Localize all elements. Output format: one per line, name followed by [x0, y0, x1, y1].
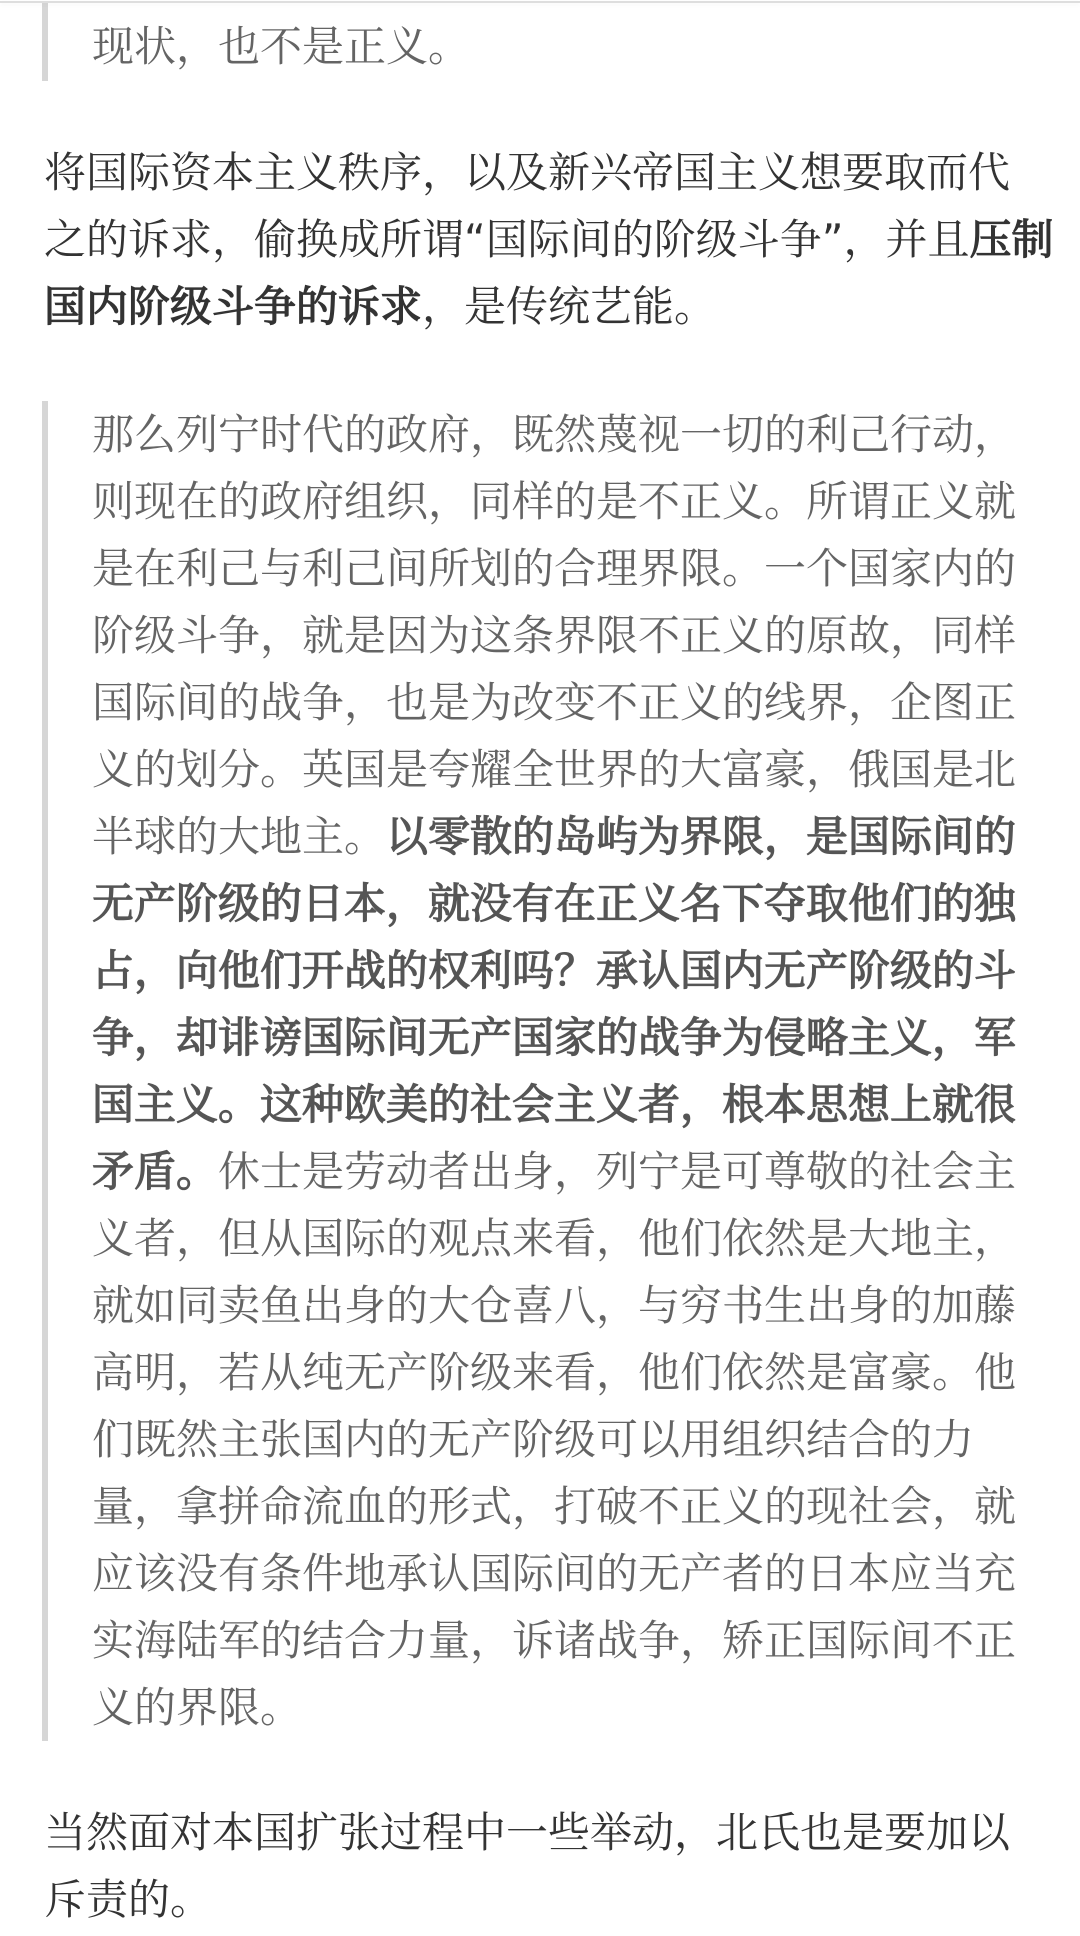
bold-text-run: 国主义。这种欧美的社会主义者，根本思想上就很: [92, 1080, 1016, 1129]
text-line: 无产阶级的日本，就没有在正义名下夺取他们的独: [92, 870, 1080, 937]
text-line: 义的划分。英国是夸耀全世界的大富豪，俄国是北: [92, 736, 1080, 803]
quote-block: 那么列宁时代的政府，既然蔑视一切的利己行动， 则现在的政府组织，同样的是不正义。…: [42, 401, 1080, 1741]
bold-text-run: 国内阶级斗争的诉求: [44, 282, 422, 331]
paragraph: 当然面对本国扩张过程中一些举动，北氏也是要加以 斥责的。: [0, 1799, 1080, 1933]
text-line: 们既然主张国内的无产阶级可以用组织结合的力: [92, 1406, 1080, 1473]
text-run: 当然面对本国扩张过程中一些举动，北氏也是要加以: [44, 1808, 1010, 1857]
text-line: 斥责的。: [44, 1866, 1080, 1933]
bold-text-run: 以零散的岛屿为界限，是国际间的: [386, 812, 1016, 861]
text-line: 阶级斗争，就是因为这条界限不正义的原故，同样: [92, 602, 1080, 669]
text-run: ，是传统艺能。: [422, 282, 716, 331]
text-run: 们既然主张国内的无产阶级可以用组织结合的力: [92, 1415, 974, 1464]
text-line: 现状，也不是正义。: [92, 13, 1080, 80]
text-run: 量，拿拼命流血的形式，打破不正义的现社会，就: [92, 1482, 1016, 1531]
text-line: 半球的大地主。以零散的岛屿为界限，是国际间的: [92, 803, 1080, 870]
paragraph: 将国际资本主义秩序，以及新兴帝国主义想要取而代 之的诉求，偷换成所谓“国际间的阶…: [0, 139, 1080, 340]
text-run: 国际间的战争，也是为改变不正义的线界，企图正: [92, 678, 1016, 727]
text-line: 之的诉求，偷换成所谓“国际间的阶级斗争”，并且压制: [44, 206, 1080, 273]
text-run: 义的划分。英国是夸耀全世界的大富豪，俄国是北: [92, 745, 1016, 794]
bold-text-run: 争，却诽谤国际间无产国家的战争为侵略主义，军: [92, 1013, 1016, 1062]
text-line: 国际间的战争，也是为改变不正义的线界，企图正: [92, 669, 1080, 736]
text-line: 则现在的政府组织，同样的是不正义。所谓正义就: [92, 468, 1080, 535]
bold-text-run: 矛盾。: [92, 1147, 218, 1196]
text-line: 高明，若从纯无产阶级来看，他们依然是富豪。他: [92, 1339, 1080, 1406]
bold-text-run: 占，向他们开战的权利吗？承认国内无产阶级的斗: [92, 946, 1016, 995]
text-run: 义者，但从国际的观点来看，他们依然是大地主，: [92, 1214, 1016, 1263]
text-line: 义者，但从国际的观点来看，他们依然是大地主，: [92, 1205, 1080, 1272]
text-run: 之的诉求，偷换成所谓“国际间的阶级斗争”，并且: [44, 215, 970, 264]
bold-text-run: 无产阶级的日本，就没有在正义名下夺取他们的独: [92, 879, 1016, 928]
text-line: 占，向他们开战的权利吗？承认国内无产阶级的斗: [92, 937, 1080, 1004]
text-run: 阶级斗争，就是因为这条界限不正义的原故，同样: [92, 611, 1016, 660]
text-run: 现状，也不是正义。: [92, 22, 470, 71]
text-line: 将国际资本主义秩序，以及新兴帝国主义想要取而代: [44, 139, 1080, 206]
text-run: 就如同卖鱼出身的大仓喜八，与穷书生出身的加藤: [92, 1281, 1016, 1330]
text-line: 矛盾。休士是劳动者出身，列宁是可尊敬的社会主: [92, 1138, 1080, 1205]
text-line: 实海陆军的结合力量，诉诸战争，矫正国际间不正: [92, 1607, 1080, 1674]
text-run: 义的界限。: [92, 1683, 302, 1732]
bold-text-run: 压制: [970, 215, 1054, 264]
text-line: 是在利己与利己间所划的合理界限。一个国家内的: [92, 535, 1080, 602]
text-run: 实海陆军的结合力量，诉诸战争，矫正国际间不正: [92, 1616, 1016, 1665]
text-run: 高明，若从纯无产阶级来看，他们依然是富豪。他: [92, 1348, 1016, 1397]
text-line: 国主义。这种欧美的社会主义者，根本思想上就很: [92, 1071, 1080, 1138]
text-line: 当然面对本国扩张过程中一些举动，北氏也是要加以: [44, 1799, 1080, 1866]
text-run: 应该没有条件地承认国际间的无产者的日本应当充: [92, 1549, 1016, 1598]
text-line: 那么列宁时代的政府，既然蔑视一切的利己行动，: [92, 401, 1080, 468]
text-line: 争，却诽谤国际间无产国家的战争为侵略主义，军: [92, 1004, 1080, 1071]
text-line: 应该没有条件地承认国际间的无产者的日本应当充: [92, 1540, 1080, 1607]
text-line: 就如同卖鱼出身的大仓喜八，与穷书生出身的加藤: [92, 1272, 1080, 1339]
text-run: 休士是劳动者出身，列宁是可尊敬的社会主: [218, 1147, 1016, 1196]
text-run: 斥责的。: [44, 1875, 212, 1924]
text-run: 则现在的政府组织，同样的是不正义。所谓正义就: [92, 477, 1016, 526]
top-divider: [0, 1, 1080, 3]
text-run: 半球的大地主。: [92, 812, 386, 861]
text-line: 义的界限。: [92, 1674, 1080, 1741]
text-run: 是在利己与利己间所划的合理界限。一个国家内的: [92, 544, 1016, 593]
text-run: 将国际资本主义秩序，以及新兴帝国主义想要取而代: [44, 148, 1010, 197]
text-line: 国内阶级斗争的诉求，是传统艺能。: [44, 273, 1080, 340]
quote-block: 现状，也不是正义。: [42, 2, 1080, 81]
text-run: 那么列宁时代的政府，既然蔑视一切的利己行动，: [92, 410, 1016, 459]
article-body: 现状，也不是正义。 将国际资本主义秩序，以及新兴帝国主义想要取而代 之的诉求，偷…: [0, 0, 1080, 1933]
text-line: 量，拿拼命流血的形式，打破不正义的现社会，就: [92, 1473, 1080, 1540]
